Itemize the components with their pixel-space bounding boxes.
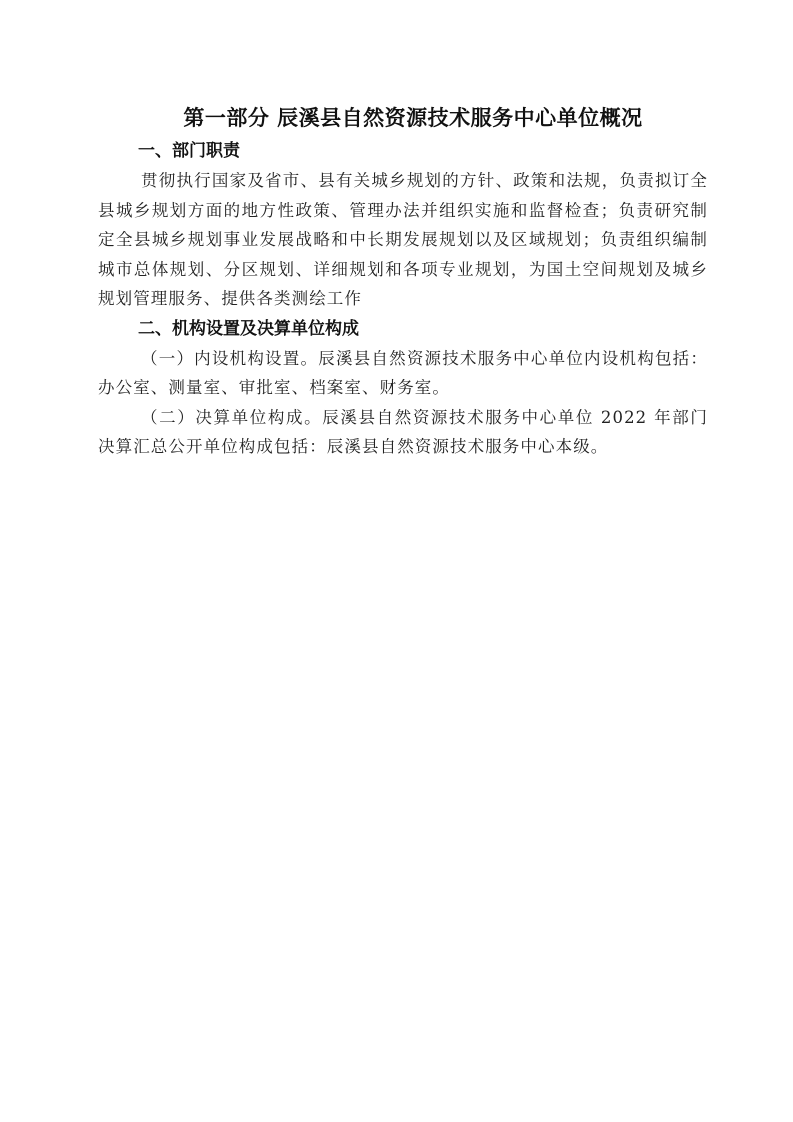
paragraph-duties: 贯彻执行国家及省市、县有关城乡规划的方针、政策和法规，负责拟订全县城乡规划方面的…: [98, 166, 708, 314]
document-title: 第一部分 辰溪县自然资源技术服务中心单位概况: [118, 100, 708, 136]
section-heading-duties: 一、部门职责: [98, 136, 708, 166]
document-page: 第一部分 辰溪县自然资源技术服务中心单位概况 一、部门职责 贯彻执行国家及省市、…: [98, 100, 708, 462]
section-organization: 二、机构设置及决算单位构成 （一）内设机构设置。辰溪县自然资源技术服务中心单位内…: [98, 314, 708, 462]
section-heading-organization: 二、机构设置及决算单位构成: [98, 314, 708, 344]
paragraph-internal-structure: （一）内设机构设置。辰溪县自然资源技术服务中心单位内设机构包括：办公室、测量室、…: [98, 344, 708, 403]
section-department-duties: 一、部门职责 贯彻执行国家及省市、县有关城乡规划的方针、政策和法规，负责拟订全县…: [98, 136, 708, 314]
paragraph-budget-units: （二）决算单位构成。辰溪县自然资源技术服务中心单位 2022 年部门决算汇总公开…: [98, 403, 708, 462]
